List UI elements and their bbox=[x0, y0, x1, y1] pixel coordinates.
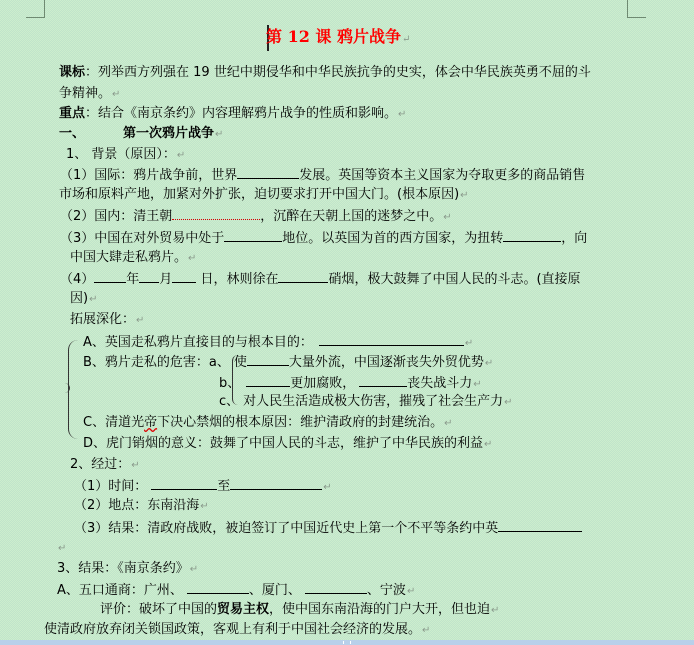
jingguo-heading[interactable]: 2、经过：↵ bbox=[70, 457, 140, 475]
bg-item-1-cont[interactable]: 市场和原料产地，加紧对外扩张，迫切要求打开中国大门。(根本原因)↵ bbox=[59, 187, 469, 205]
zhongdian-line[interactable]: 重点：结合《南京条约》内容理解鸦片战争的性质和影响。↵ bbox=[59, 106, 406, 124]
fill-blank[interactable] bbox=[359, 374, 407, 387]
fill-blank[interactable] bbox=[172, 207, 260, 220]
pingjia-line[interactable]: 评价：破坏了中国的贸易主权，使中国东南沿海的门户大开，但也迫↵ bbox=[100, 602, 499, 620]
pingjia-cont[interactable]: 使清政府放弃闭关锁国政策，客观上有利于中国社会经济的发展。↵ bbox=[44, 622, 430, 640]
fill-blank[interactable] bbox=[224, 229, 282, 242]
background-heading[interactable]: 1、 背景（原因）：↵ bbox=[66, 147, 185, 165]
item-B[interactable]: B、鸦片走私的危害：a、使大量外流，中国逐渐丧失外贸优势↵ bbox=[83, 353, 493, 371]
item-B-c[interactable]: c、对人民生活造成极大伤害，摧残了社会生产力↵ bbox=[219, 394, 513, 412]
fill-blank[interactable] bbox=[247, 353, 289, 366]
jieguo-heading[interactable]: 3、结果：《南京条约》↵ bbox=[57, 561, 198, 579]
item-B-b[interactable]: b、更加腐败，丧失战斗力↵ bbox=[219, 374, 482, 392]
jingguo-3[interactable]: （3）结果：清政府战败，被迫签订了中国近代史上第一个不平等条约中英 bbox=[74, 519, 582, 537]
fill-blank[interactable] bbox=[187, 581, 249, 594]
bg-item-3-cont[interactable]: 中国大肆走私鸦片。↵ bbox=[70, 250, 196, 268]
jingguo-2[interactable]: （2）地点：东南沿海↵ bbox=[74, 498, 209, 516]
fill-blank[interactable] bbox=[151, 477, 217, 490]
fill-blank[interactable] bbox=[305, 581, 367, 594]
horizontal-scrollbar[interactable] bbox=[0, 640, 694, 645]
page-corner-mark-left bbox=[26, 0, 45, 18]
fill-blank[interactable] bbox=[94, 270, 126, 283]
fill-blank[interactable] bbox=[230, 477, 322, 490]
fill-blank[interactable] bbox=[172, 270, 196, 283]
item-C[interactable]: C、清道光帝下决心禁烟的根本原因：维护清政府的封建统治。↵ bbox=[83, 415, 453, 433]
bg-item-2[interactable]: （2）国内：清王朝，沉醉在天朝上国的迷梦之中。↵ bbox=[60, 207, 452, 225]
bg-item-1[interactable]: （1）国际：鸦片战争前，世界发展。英国等资本主义国家为夺取更多的商品销售 bbox=[60, 166, 585, 184]
kebiao-cont[interactable]: 争精神。↵ bbox=[59, 86, 120, 104]
bg-item-3[interactable]: （3）中国在对外贸易中处于地位。以英国为首的西方国家，为扭转，向 bbox=[60, 229, 587, 247]
fill-blank[interactable] bbox=[319, 333, 464, 346]
fill-blank[interactable] bbox=[237, 166, 299, 179]
fill-blank[interactable] bbox=[498, 519, 582, 532]
bg-item-4-cont[interactable]: 因)↵ bbox=[70, 291, 97, 309]
paragraph-mark-icon: ↵ bbox=[402, 34, 410, 45]
document-title[interactable]: 第 12 课 鸦片战争↵ bbox=[266, 29, 410, 47]
empty-paragraph[interactable]: ↵ bbox=[57, 540, 66, 558]
left-brace bbox=[68, 340, 81, 439]
page-corner-mark-right bbox=[627, 0, 646, 18]
item-A[interactable]: A、英国走私鸦片直接目的与根本目的：↵ bbox=[83, 333, 473, 351]
fill-blank[interactable] bbox=[246, 374, 290, 387]
wukou-line[interactable]: A、五口通商：广州、、厦门、、宁波↵ bbox=[57, 581, 415, 599]
fill-blank[interactable] bbox=[278, 270, 328, 283]
tuozhan-heading[interactable]: 拓展深化：↵ bbox=[70, 312, 144, 330]
fill-blank[interactable] bbox=[503, 229, 561, 242]
fill-blank[interactable] bbox=[139, 270, 159, 283]
section-heading[interactable]: 一、第一次鸦片战争↵ bbox=[59, 126, 223, 144]
jingguo-1[interactable]: （1）时间：至↵ bbox=[74, 477, 332, 495]
kebiao-line[interactable]: 课标：列举西方列强在 19 世纪中期侵华和中华民族抗争的史实，体会中华民族英勇不… bbox=[59, 65, 591, 83]
bg-item-4[interactable]: （4）年月 日，林则徐在硝烟，极大鼓舞了中国人民的斗志。(直接原 bbox=[60, 270, 581, 288]
item-D[interactable]: D、虎门销烟的意义：鼓舞了中国人民的斗志，维护了中华民族的利益↵ bbox=[83, 436, 492, 454]
